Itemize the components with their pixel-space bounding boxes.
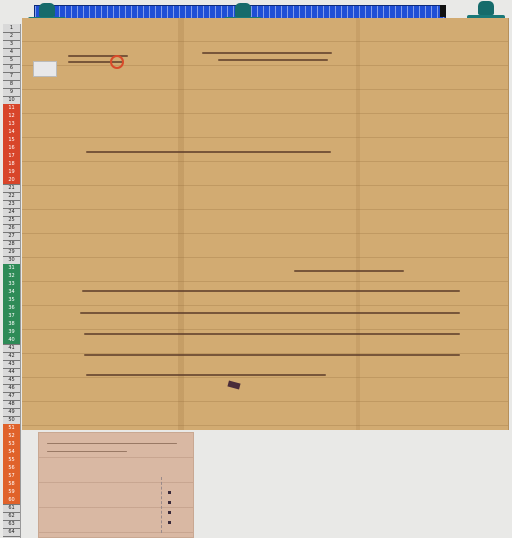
script-line bbox=[82, 290, 460, 292]
marginal-notes-block bbox=[161, 477, 192, 533]
manuscript-sheet bbox=[22, 18, 509, 430]
script-line bbox=[294, 270, 404, 272]
script-line bbox=[47, 443, 177, 444]
catalog-label bbox=[33, 61, 57, 77]
script-line bbox=[84, 333, 460, 335]
script-line bbox=[80, 312, 460, 314]
script-line bbox=[86, 374, 326, 376]
ruler-tick: 64 bbox=[3, 528, 20, 537]
script-line bbox=[202, 52, 332, 54]
script-line bbox=[86, 151, 331, 153]
script-line bbox=[218, 59, 328, 61]
script-line bbox=[84, 354, 460, 356]
red-seal-stamp bbox=[110, 55, 124, 69]
script-line bbox=[47, 451, 127, 452]
left-scale-ruler: 1234567891011121314151617181920212223242… bbox=[3, 24, 21, 538]
top-ruler-end bbox=[440, 5, 446, 17]
secondary-sheet bbox=[38, 432, 194, 538]
